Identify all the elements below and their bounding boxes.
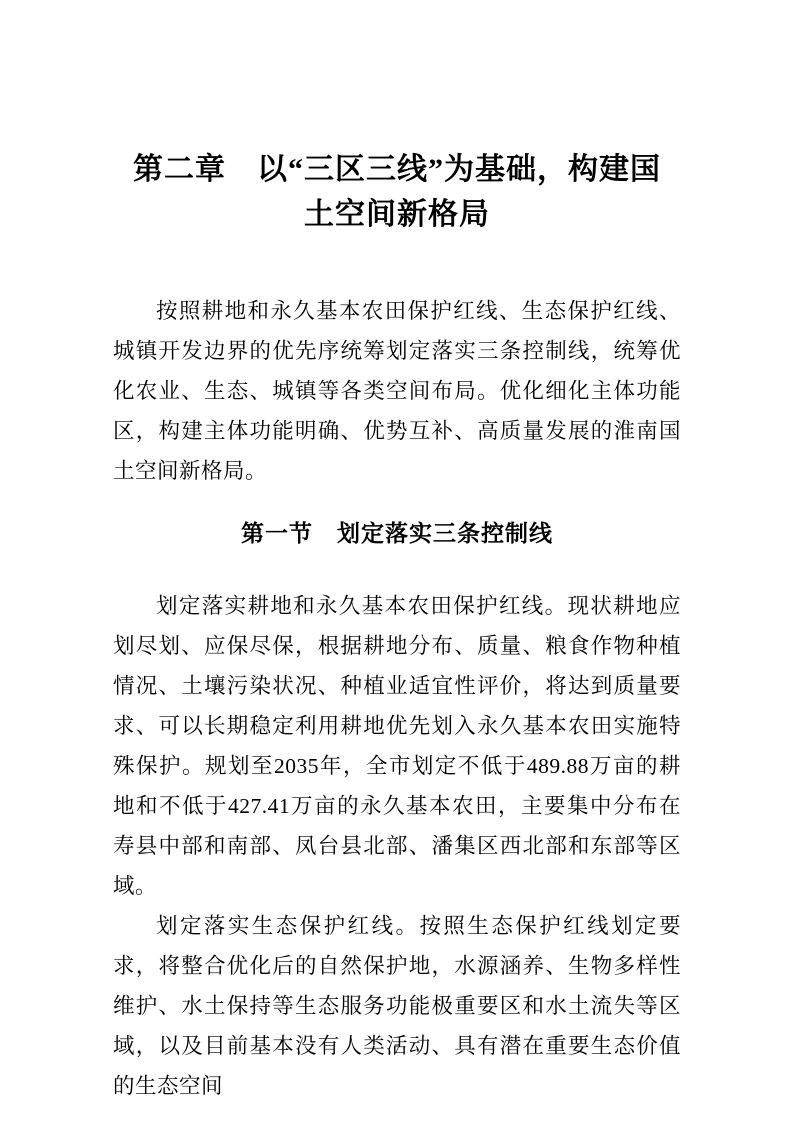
body-paragraph-ecological-redline: 划定落实生态保护红线。按照生态保护红线划定要求，将整合优化后的自然保护地，水源涵… — [113, 906, 681, 1106]
page-number: 7 — [0, 1040, 794, 1058]
chapter-title-line-2: 土空间新格局 — [113, 192, 681, 237]
document-page: 第二章 以“三区三线”为基础，构建国 土空间新格局 按照耕地和永久基本农田保护红… — [0, 0, 794, 1122]
intro-paragraph: 按照耕地和永久基本农田保护红线、生态保护红线、城镇开发边界的优先序统筹划定落实三… — [113, 291, 681, 491]
body-paragraph-farmland-redline: 划定落实耕地和永久基本农田保护红线。现状耕地应划尽划、应保尽保，根据耕地分布、质… — [113, 586, 681, 906]
section-heading: 第一节 划定落实三条控制线 — [113, 513, 681, 553]
chapter-title: 第二章 以“三区三线”为基础，构建国 土空间新格局 — [113, 147, 681, 237]
chapter-title-line-1: 第二章 以“三区三线”为基础，构建国 — [113, 147, 681, 192]
